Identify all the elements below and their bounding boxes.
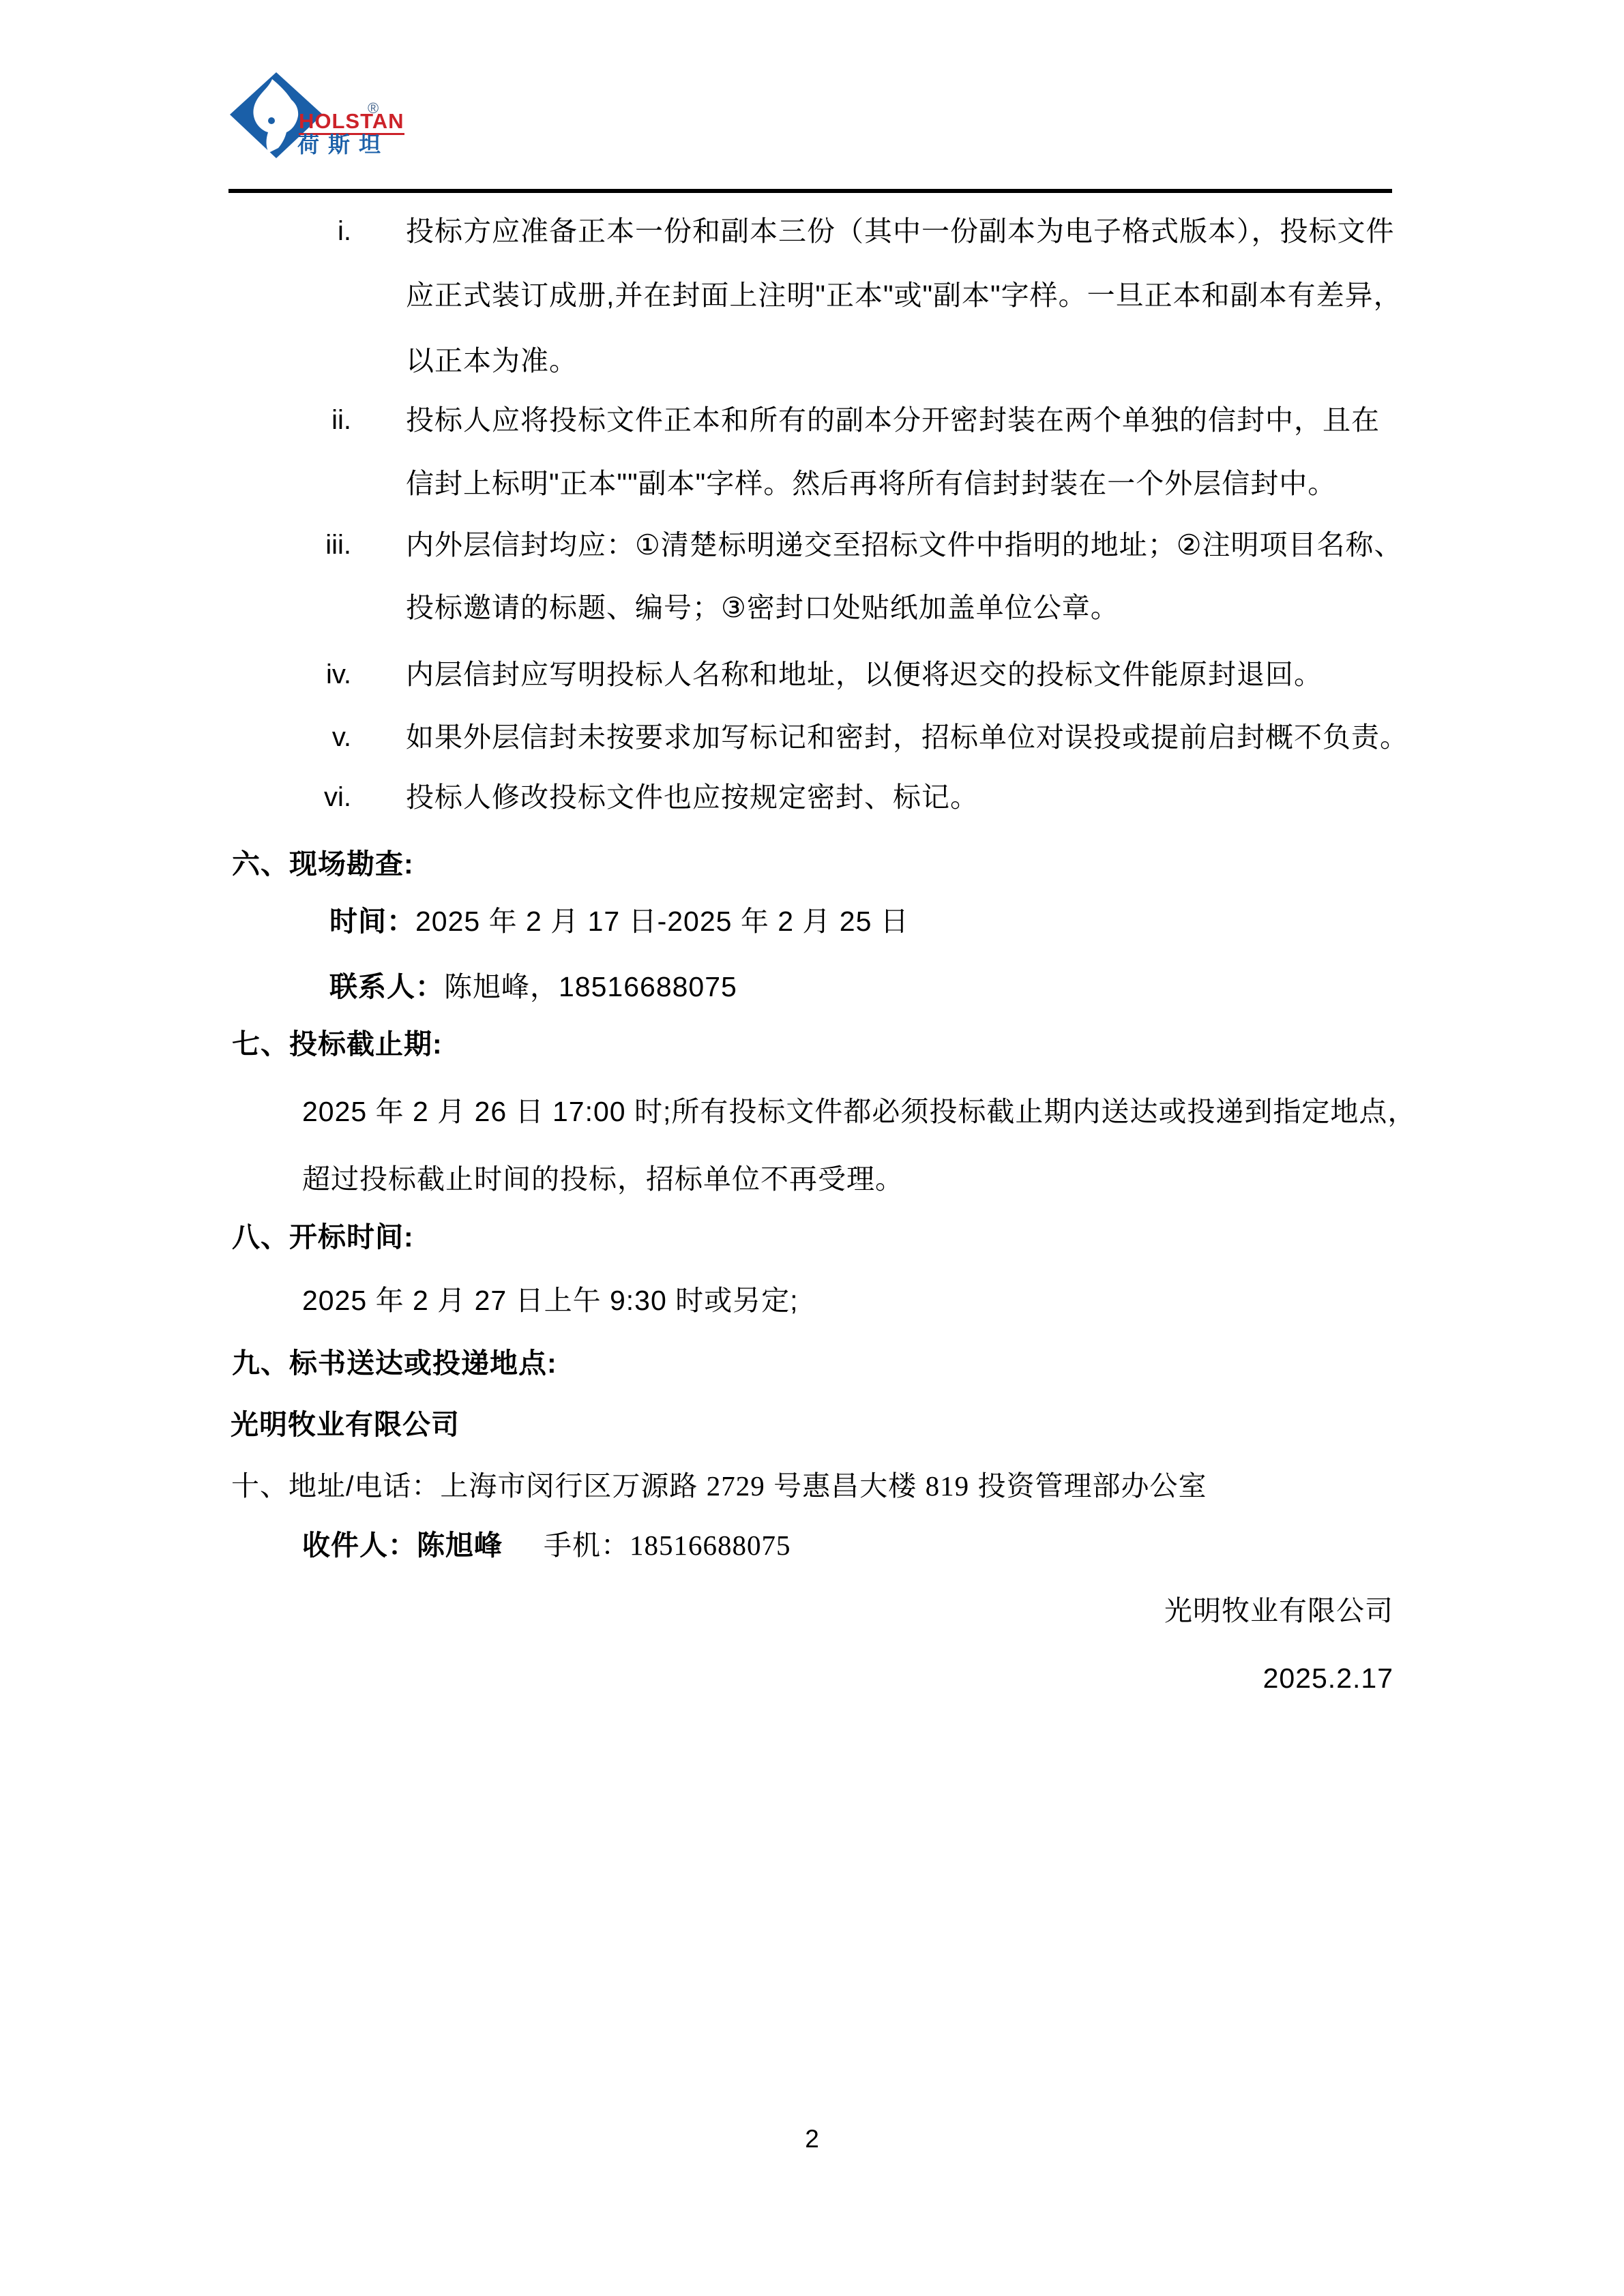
brand-chinese-name: 荷斯坦 xyxy=(297,133,389,156)
section-seven-heading: 七、投标截止期: xyxy=(232,1027,443,1061)
address-part: 号惠昌大楼 xyxy=(765,1470,926,1502)
list-item-i-line-2: 应正式装订成册,并在封面上注明"正本"或"副本"字样。一旦正本和副本有差异， xyxy=(406,278,1402,312)
signoff-date: 2025.2.17 xyxy=(1263,1661,1393,1695)
document-page: HOLSTAN ® 荷斯坦 i. 投标方应准备正本一份和副本三份（其中一份副本为… xyxy=(0,0,1624,2296)
list-item-i-line-3: 以正本为准。 xyxy=(406,344,578,378)
list-num-v: v. xyxy=(239,720,351,754)
company-logo: HOLSTAN ® 荷斯坦 xyxy=(228,68,419,164)
section-six-heading: 六、现场勘查: xyxy=(232,847,414,881)
time-value: 2025 年 2 月 17 日-2025 年 2 月 25 日 xyxy=(415,906,909,937)
bid-opening-time: 2025 年 2 月 27 日上午 9:30 时或另定; xyxy=(302,1283,799,1317)
cow-eye-shape xyxy=(268,117,275,124)
registered-trademark-icon: ® xyxy=(368,101,379,116)
delivery-company: 光明牧业有限公司 xyxy=(231,1407,460,1442)
site-survey-time-line: 时间：2025 年 2 月 17 日-2025 年 2 月 25 日 xyxy=(329,904,909,938)
list-item-iii-line-2: 投标邀请的标题、编号；③密封口处贴纸加盖单位公章。 xyxy=(406,591,1119,625)
list-item-i-line-1: 投标方应准备正本一份和副本三份（其中一份副本为电子格式版本），投标文件 xyxy=(406,214,1395,248)
list-num-ii: ii. xyxy=(239,403,351,437)
deadline-line-1: 2025 年 2 月 26 日 17:00 时;所有投标文件都必须投标截止期内送… xyxy=(302,1094,1416,1129)
site-survey-contact-line: 联系人：陈旭峰，18516688075 xyxy=(329,970,737,1004)
phone-label: 手机： xyxy=(544,1530,630,1561)
list-item-v-line-1: 如果外层信封未按要求加写标记和密封，招标单位对误投或提前启封概不负责。 xyxy=(406,720,1408,754)
list-item-iii-line-1: 内外层信封均应：①清楚标明递交至招标文件中指明的地址；②注明项目名称、 xyxy=(406,528,1403,562)
list-item-vi-line-1: 投标人修改投标文件也应按规定密封、标记。 xyxy=(406,780,979,814)
recipient-label: 收件人： xyxy=(302,1530,417,1561)
time-label: 时间： xyxy=(329,906,415,937)
list-num-iii: iii. xyxy=(239,528,351,562)
recipient-name: 陈旭峰 xyxy=(417,1530,503,1561)
list-num-vi: vi. xyxy=(239,780,351,814)
address-room-number: 819 xyxy=(926,1470,970,1502)
list-item-iv-line-1: 内层信封应写明投标人名称和地址，以便将迟交的投标文件能原封退回。 xyxy=(406,657,1323,691)
recipient-line: 收件人：陈旭峰手机：18516688075 xyxy=(302,1528,791,1562)
page-number: 2 xyxy=(0,2124,1624,2154)
list-item-ii-line-2: 信封上标明"正本""副本"字样。然后再将所有信封封装在一个外层信封中。 xyxy=(406,466,1336,501)
contact-value: 陈旭峰，18516688075 xyxy=(444,971,737,1002)
address-street-number: 2729 xyxy=(707,1470,765,1502)
list-num-i: i. xyxy=(239,214,351,248)
list-item-ii-line-1: 投标人应将投标文件正本和所有的副本分开密封装在两个单独的信封中，且在 xyxy=(406,403,1380,437)
phone-number: 18516688075 xyxy=(630,1530,791,1561)
section-eight-heading: 八、开标时间: xyxy=(232,1220,414,1254)
deadline-line-2: 超过投标截止时间的投标，招标单位不再受理。 xyxy=(302,1162,904,1196)
section-ten-heading: 十、地址/电话： xyxy=(231,1470,440,1502)
list-num-iv: iv. xyxy=(239,657,351,691)
section-nine-heading: 九、标书送达或投递地点: xyxy=(232,1346,557,1380)
signoff-company: 光明牧业有限公司 xyxy=(1164,1594,1393,1628)
contact-label: 联系人： xyxy=(329,971,444,1002)
address-phone-line: 十、地址/电话：上海市闵行区万源路 2729 号惠昌大楼 819 投资管理部办公… xyxy=(231,1469,1207,1503)
header-divider xyxy=(228,189,1392,193)
brand-wordmark: HOLSTAN xyxy=(299,110,404,135)
address-part: 投资管理部办公室 xyxy=(969,1470,1207,1502)
address-part: 上海市闵行区万源路 xyxy=(440,1470,706,1502)
